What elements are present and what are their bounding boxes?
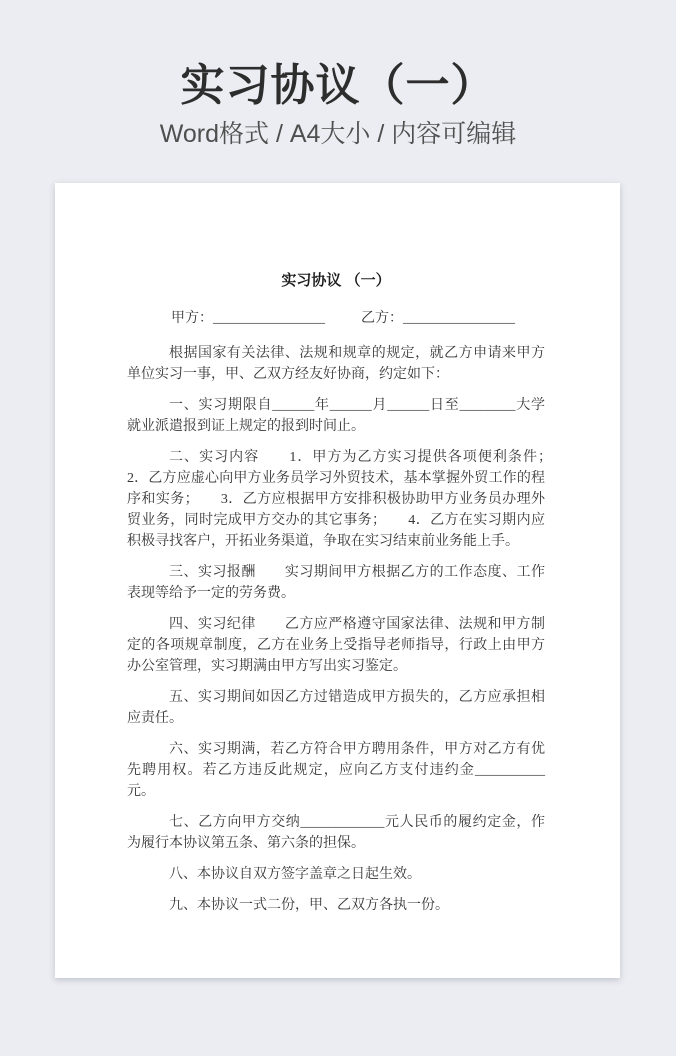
document-title: 实习协议 （一） [127, 270, 545, 291]
page-title: 实习协议（一） [0, 0, 676, 110]
clause-2-content: 二、实习内容 1．甲方为乙方实习提供各项便利条件； 2．乙方应虚心向甲方业务员学… [127, 447, 545, 552]
party-b-field: 乙方：________________ [361, 311, 515, 326]
clause-1-duration: 一、实习期限自______年______月______日至________大学就… [127, 395, 545, 437]
clause-3-compensation: 三、实习报酬 实习期间甲方根据乙方的工作态度、工作表现等给予一定的劳务费。 [127, 562, 545, 604]
party-line: 甲方：________________乙方：________________ [127, 308, 545, 329]
preview-header: 实习协议（一） Word格式 / A4大小 / 内容可编辑 [0, 0, 676, 149]
page-subtitle: Word格式 / A4大小 / 内容可编辑 [0, 119, 676, 149]
document-page: 实习协议 （一） 甲方：________________乙方：_________… [55, 183, 620, 978]
party-a-field: 甲方：________________ [171, 311, 325, 326]
clause-4-discipline: 四、实习纪律 乙方应严格遵守国家法律、法规和甲方制定的各项规章制度，乙方在业务上… [127, 614, 545, 677]
clause-9-copies: 九、本协议一式二份，甲、乙双方各执一份。 [127, 895, 545, 916]
clause-5-liability: 五、实习期间如因乙方过错造成甲方损失的，乙方应承担相应责任。 [127, 687, 545, 729]
clause-6-employment: 六、实习期满，若乙方符合甲方聘用条件，甲方对乙方有优先聘用权。若乙方违反此规定，… [127, 739, 545, 802]
clause-8-effective: 八、本协议自双方签字盖章之日起生效。 [127, 864, 545, 885]
clause-7-deposit: 七、乙方向甲方交纳____________元人民币的履约定金，作为履行本协议第五… [127, 812, 545, 854]
paragraph-preamble: 根据国家有关法律、法规和规章的规定，就乙方申请来甲方单位实习一事，甲、乙双方经友… [127, 343, 545, 385]
